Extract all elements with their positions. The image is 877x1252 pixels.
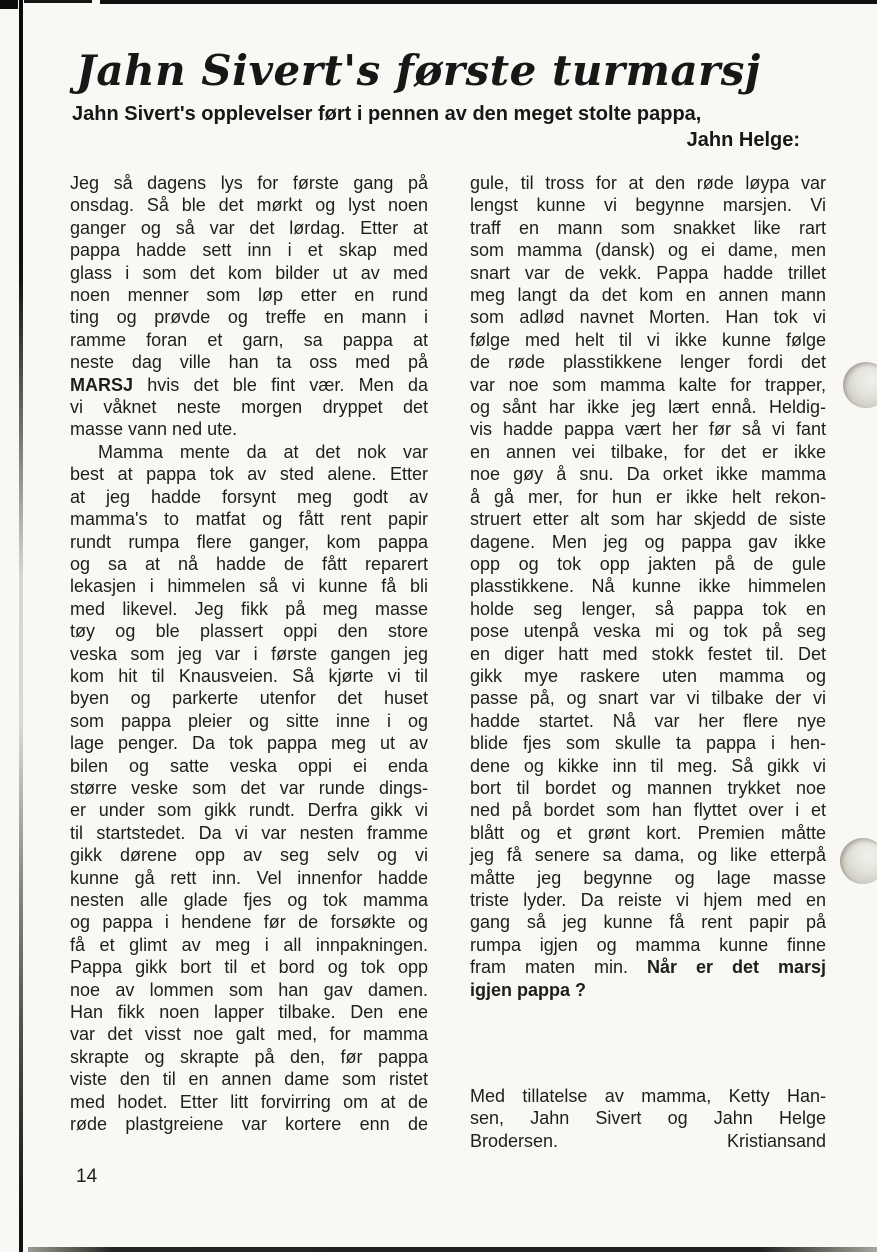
text-line: Jeg så dagens lys for første gang på bbox=[70, 172, 428, 194]
text-line: nesten alle glade fjes og tok mamma bbox=[70, 889, 428, 911]
text-line: gule, til tross for at den røde løypa va… bbox=[470, 172, 826, 194]
text-line: rundt rumpa flere ganger, kom pappa bbox=[70, 531, 428, 553]
text-line: gikk mye raskere uten mamma og bbox=[470, 665, 826, 687]
text-line: følge med helt til vi ikke kunne følge bbox=[470, 329, 826, 351]
text-line: med likevel. Jeg fikk på meg masse bbox=[70, 598, 428, 620]
punch-hole-top bbox=[843, 362, 877, 408]
text-line: de røde plasstikkene lenger fordi det bbox=[470, 351, 826, 373]
text-line: vi våknet neste morgen dryppet det bbox=[70, 396, 428, 418]
text-line: pappa hadde sett inn i et skap med bbox=[70, 239, 428, 261]
scan-edge-top bbox=[100, 0, 877, 4]
text-line: sen, Jahn Sivert og Jahn Helge bbox=[470, 1107, 826, 1129]
text-line: Han fikk noen lapper tilbake. Den ene bbox=[70, 1001, 428, 1023]
text-line: med hodet. Etter litt forvirring om at d… bbox=[70, 1091, 428, 1113]
text-line: vis hadde pappa vært her før så vi fant bbox=[470, 418, 826, 440]
text-line: traff en mann som snakket like rart bbox=[470, 217, 826, 239]
text-line: igjen pappa ? bbox=[470, 979, 826, 1001]
text-line: og sånt har ikke jeg lært ennå. Heldig- bbox=[470, 396, 826, 418]
text-column-left: Jeg så dagens lys for første gang påonsd… bbox=[70, 172, 428, 1135]
text-line: struert etter alt som har skjedd de sist… bbox=[470, 508, 826, 530]
text-line: ned på bordet som han flyttet over i et bbox=[470, 799, 826, 821]
scan-edge-bottom bbox=[28, 1247, 877, 1252]
text-line: viste den til en annen dame som ristet bbox=[70, 1068, 428, 1090]
article-title: Jahn Sivert's første turmarsj bbox=[76, 46, 761, 95]
text-line: meg langt da det kom en annen mann bbox=[470, 284, 826, 306]
text-line: og pappa i hendene før de forsøkte og bbox=[70, 911, 428, 933]
text-line: gang så jeg kunne få rent papir på bbox=[470, 911, 826, 933]
text-line: en diger hatt med stokk festet til. Det bbox=[470, 643, 826, 665]
text-line: og sa at nå hadde de fått reparert bbox=[70, 553, 428, 575]
paragraph: gule, til tross for at den røde løypa va… bbox=[470, 172, 826, 1001]
text-line: var det visst noe galt med, for mamma bbox=[70, 1023, 428, 1045]
text-line: rumpa igjen og mamma kunne finne bbox=[470, 934, 826, 956]
paragraph: Mamma mente da at det nok varbest at pap… bbox=[70, 441, 428, 1136]
text-line: ramme foran et garn, sa pappa at bbox=[70, 329, 428, 351]
text-line: glass i som det kom bilder ut av med bbox=[70, 262, 428, 284]
article-byline: Jahn Helge: bbox=[72, 128, 800, 152]
text-line: lekasjen i himmelen så vi kunne få bli bbox=[70, 575, 428, 597]
text-line: er under som gikk rundt. Derfra gikk vi bbox=[70, 799, 428, 821]
text-line: lage penger. Da tok pappa meg ut av bbox=[70, 732, 428, 754]
text-line: jeg få senere sa dama, og like etterpå bbox=[470, 844, 826, 866]
text-line: byen og parkerte utenfor det huset bbox=[70, 687, 428, 709]
page-number: 14 bbox=[76, 1166, 97, 1188]
text-line: at jeg hadde forsynt meg godt av bbox=[70, 486, 428, 508]
text-line: ting og prøvde og treffe en mann i bbox=[70, 306, 428, 328]
scan-edge-top-mid bbox=[24, 0, 92, 3]
text-line: bilen og satte veska oppi ei enda bbox=[70, 755, 428, 777]
text-line: blått og et grønt kort. Premien måtte bbox=[470, 822, 826, 844]
text-line: en annen vei tilbake, for det er ikke bbox=[470, 441, 826, 463]
text-line: som mamma (dansk) og ei dame, men bbox=[470, 239, 826, 261]
text-line: som pappa pleier og sitte inne i og bbox=[70, 710, 428, 732]
text-line: bort til bordet og mannen trykket noe bbox=[470, 777, 826, 799]
text-line: dagene. Men jeg og pappa gav ikke bbox=[470, 531, 826, 553]
punch-hole-bottom bbox=[840, 838, 877, 884]
text-line: til startstedet. Da vi var nesten framme bbox=[70, 822, 428, 844]
scan-edge-left bbox=[19, 0, 23, 1252]
text-line: plasstikkene. Nå kunne ikke himmelen bbox=[470, 575, 826, 597]
text-line: skrapte og skrapte på den, før pappa bbox=[70, 1046, 428, 1068]
text-line: få et glimt av meg i all innpakningen. bbox=[70, 934, 428, 956]
text-line: noe av lommen som han gav damen. bbox=[70, 979, 428, 1001]
text-line: snart var de vekk. Pappa hadde trillet bbox=[470, 262, 826, 284]
text-line: kom hit til Knausveien. Så kjørte vi til bbox=[70, 665, 428, 687]
text-line: røde plastgreiene var kortere enn de bbox=[70, 1113, 428, 1135]
text-line: MARSJ hvis det ble fint vær. Men da bbox=[70, 374, 428, 396]
text-line: pose utenpå veska mi og tok på seg bbox=[470, 620, 826, 642]
text-line: ganger og så var det lørdag. Etter at bbox=[70, 217, 428, 239]
text-line: å gå mer, for hun er ikke helt rekon- bbox=[470, 486, 826, 508]
text-line: tøy og ble plassert oppi den store bbox=[70, 620, 428, 642]
text-line: noe gøy å snu. Da orket ikke mamma bbox=[470, 463, 826, 485]
text-line: blide fjes som skulle ta pappa i hen- bbox=[470, 732, 826, 754]
text-line: opp og tok opp jakten på de gule bbox=[470, 553, 826, 575]
text-line: gikk dørene opp av seg selv og vi bbox=[70, 844, 428, 866]
text-line: mamma's to matfat og fått rent papir bbox=[70, 508, 428, 530]
text-line: kunne gå rett inn. Vel innenfor hadde bbox=[70, 867, 428, 889]
text-line: Brodersen. Kristiansand bbox=[470, 1130, 826, 1152]
text-line: passe på, og snart var vi tilbake der vi bbox=[470, 687, 826, 709]
text-line: holde seg lenger, så pappa tok en bbox=[470, 598, 826, 620]
text-line: større veske som det var runde dings- bbox=[70, 777, 428, 799]
text-line: masse vann ned ute. bbox=[70, 418, 428, 440]
text-line: måtte jeg begynne og lage masse bbox=[470, 867, 826, 889]
paragraph: Jeg så dagens lys for første gang påonsd… bbox=[70, 172, 428, 441]
text-line: neste dag ville han ta oss med på bbox=[70, 351, 428, 373]
scanned-page: Jahn Sivert's første turmarsj Jahn Siver… bbox=[0, 0, 877, 1252]
text-line: veska som jeg var i første gangen jeg bbox=[70, 643, 428, 665]
text-line: fram maten min. Når er det marsj bbox=[470, 956, 826, 978]
text-column-right: gule, til tross for at den røde løypa va… bbox=[470, 172, 826, 1152]
text-line: Med tillatelse av mamma, Ketty Han- bbox=[470, 1085, 826, 1107]
article-subtitle: Jahn Sivert's opplevelser ført i pennen … bbox=[72, 102, 812, 126]
paragraph: Med tillatelse av mamma, Ketty Han-sen, … bbox=[470, 1085, 826, 1152]
text-line: som adlød navnet Morten. Han tok vi bbox=[470, 306, 826, 328]
text-line: best at pappa tok av sted alene. Etter bbox=[70, 463, 428, 485]
text-line: lengst kunne vi begynne marsjen. Vi bbox=[470, 194, 826, 216]
text-line: var noe som mamma kalte for trapper, bbox=[470, 374, 826, 396]
text-line: noen menner som løp etter en rund bbox=[70, 284, 428, 306]
text-line: hadde startet. Nå var her flere nye bbox=[470, 710, 826, 732]
text-line: triste lyder. Da reiste vi hjem med en bbox=[470, 889, 826, 911]
scan-edge-top-left bbox=[0, 0, 18, 9]
text-line: Mamma mente da at det nok var bbox=[70, 441, 428, 463]
text-line: Pappa gikk bort til et bord og tok opp bbox=[70, 956, 428, 978]
text-line: onsdag. Så ble det mørkt og lyst noen bbox=[70, 194, 428, 216]
text-line: dene og kikke inn til meg. Så gikk vi bbox=[470, 755, 826, 777]
